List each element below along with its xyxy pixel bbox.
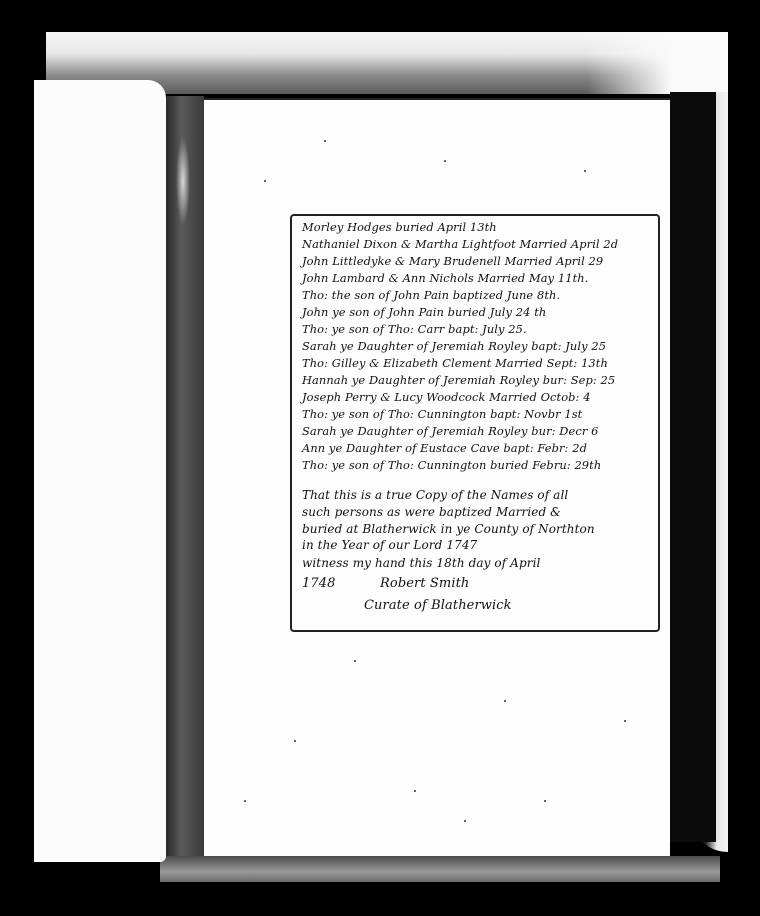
certification-line: buried at Blatherwick in ye County of No… [302,522,595,536]
facing-page-edge [34,80,166,862]
entry-line: Tho: the son of John Pain baptized June … [302,288,560,302]
register-entries-box: Morley Hodges buried April 13th Nathanie… [290,214,660,632]
entry-line: John Littledyke & Mary Brudenell Married… [302,254,603,268]
entry-line: Nathaniel Dixon & Martha Lightfoot Marri… [302,237,618,251]
entry-line: Tho: Gilley & Elizabeth Clement Married … [302,356,608,370]
entry-line: Tho: ye son of Tho: Cunnington bapt: Nov… [302,407,582,421]
entry-line: Morley Hodges buried April 13th [302,220,497,234]
entry-line: Sarah ye Daughter of Jeremiah Royley bur… [302,424,598,438]
signature-name: Robert Smith [380,576,469,591]
entry-line: Tho: ye son of Tho: Cunnington buried Fe… [302,458,601,472]
right-shadow [670,92,716,842]
entry-line: Hannah ye Daughter of Jeremiah Royley bu… [302,373,615,387]
entry-line: Tho: ye son of Tho: Carr bapt: July 25. [302,322,527,336]
entry-line: John Lambard & Ann Nichols Married May 1… [302,271,588,285]
register-page: Morley Hodges buried April 13th Nathanie… [204,98,670,856]
microfilm-bottom-band [160,856,720,882]
certification-line: in the Year of our Lord 1747 [302,538,477,552]
certification-line: witness my hand this 18th day of April [302,556,540,570]
entry-line: John ye son of John Pain buried July 24 … [302,305,546,319]
signature-title: Curate of Blatherwick [364,598,512,613]
entry-line: Ann ye Daughter of Eustace Cave bapt: Fe… [302,441,587,455]
entry-line: Sarah ye Daughter of Jeremiah Royley bap… [302,339,606,353]
entry-line: Joseph Perry & Lucy Woodcock Married Oct… [302,390,591,404]
book-gutter [166,96,204,856]
certification-line: That this is a true Copy of the Names of… [302,488,568,502]
certification-line: such persons as were baptized Married & [302,505,561,519]
signature-year: 1748 [302,576,335,591]
